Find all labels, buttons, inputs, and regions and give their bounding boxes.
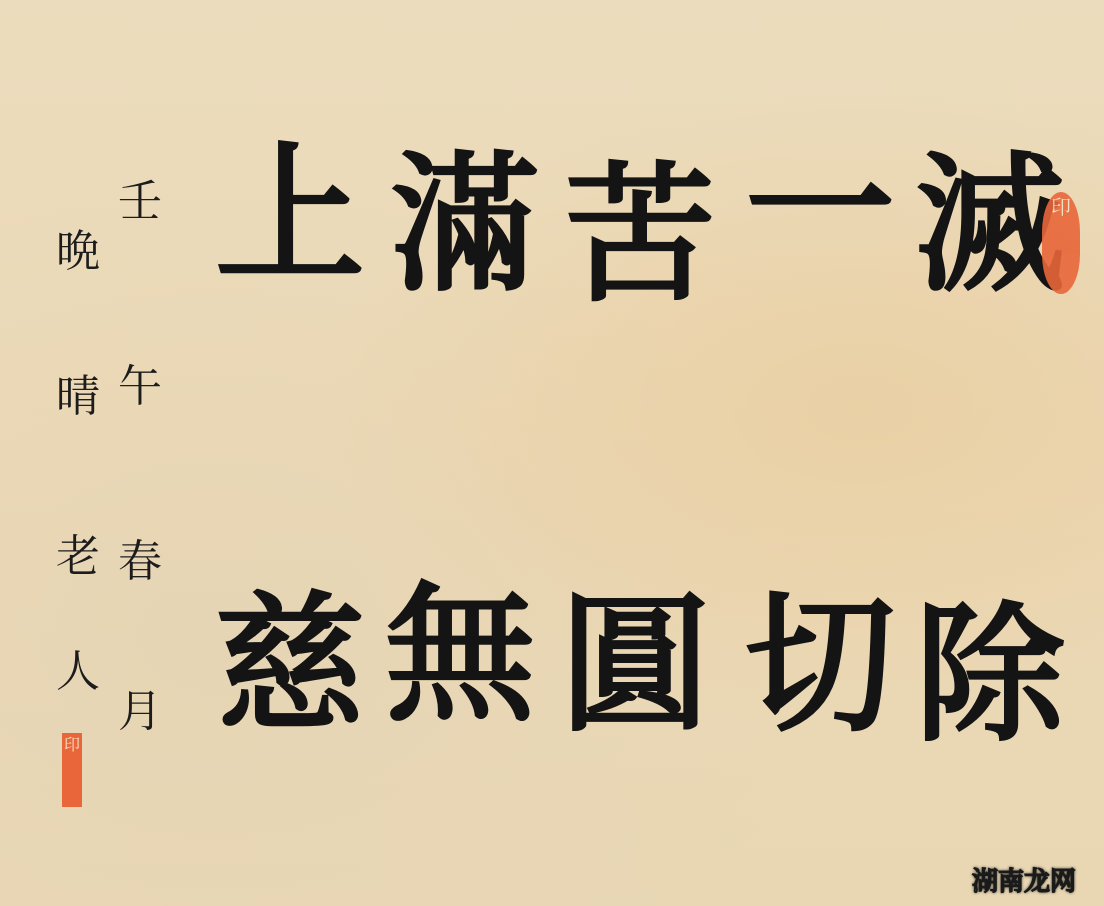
signature-char: 晴 bbox=[56, 375, 100, 419]
main-char: 無 bbox=[385, 580, 535, 730]
colophon-char: 午 bbox=[118, 365, 162, 409]
main-char: 慈 bbox=[215, 590, 365, 740]
main-char: 苦 bbox=[565, 160, 715, 310]
watermark-part2: 龙网 bbox=[1024, 867, 1076, 897]
watermark-logo: 湖南龙网 bbox=[972, 861, 1076, 898]
watermark-part1: 湖南 bbox=[972, 867, 1024, 897]
main-char: 除 bbox=[915, 600, 1065, 750]
signature-char: 老 bbox=[56, 535, 100, 579]
seal-glyph: 印 bbox=[1051, 195, 1071, 219]
signature-char: 人 bbox=[56, 650, 100, 694]
seal-stamp-bottom-left: 印 bbox=[62, 733, 82, 807]
seal-glyph: 印 bbox=[64, 735, 80, 754]
main-char: 一 bbox=[745, 135, 895, 285]
signature-char: 晩 bbox=[56, 230, 100, 274]
colophon-char: 壬 bbox=[118, 180, 162, 224]
main-char: 切 bbox=[745, 590, 895, 740]
calligraphy-paper: 滅 除 一 切 苦 圓 滿 無 上 慈 壬 午 春 月 晩 晴 老 人 印 印 … bbox=[0, 0, 1104, 906]
main-char: 滿 bbox=[390, 150, 540, 300]
colophon-char: 春 bbox=[118, 540, 162, 584]
main-char: 上 bbox=[215, 140, 365, 290]
seal-stamp-top-right: 印 bbox=[1042, 192, 1080, 294]
colophon-char: 月 bbox=[118, 690, 162, 734]
main-char: 圓 bbox=[560, 590, 710, 740]
